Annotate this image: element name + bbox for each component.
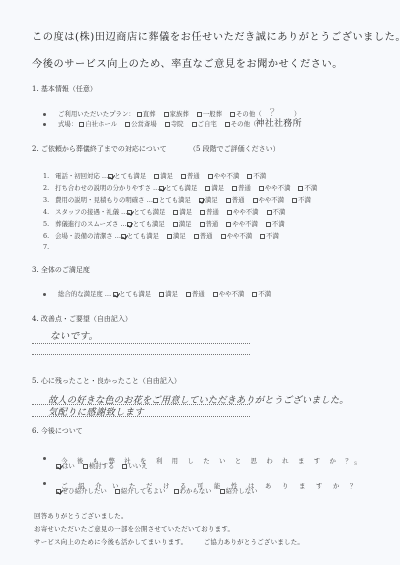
thanks-line: この度は(株)田辺商店に葬儀をお任せいただき誠にありがとうございました。 (32, 28, 400, 43)
rating-option[interactable]: 満足 (199, 196, 218, 204)
bullet-icon (43, 123, 46, 126)
checkbox-icon[interactable] (259, 186, 264, 191)
rating-option[interactable]: とても満足 (108, 172, 146, 180)
overall-option[interactable]: 不満 (252, 290, 271, 298)
answer-line (32, 404, 250, 405)
rating-row-number: 4. (43, 208, 49, 216)
checkbox-icon[interactable] (292, 198, 297, 203)
checkbox-icon[interactable] (125, 122, 130, 127)
checkbox-icon[interactable] (213, 292, 218, 297)
rating-row: 1.電話・初回対応 …とても満足満足普通やや不満不満 (43, 171, 274, 180)
checkbox-checked-icon[interactable] (127, 222, 132, 227)
section1-title: 1. 基本情報（任意） (32, 84, 97, 94)
survey-sheet: この度は(株)田辺商店に葬儀をお任せいただき誠にありがとうございました。 今後の… (0, 0, 400, 565)
rating-row: 7. (43, 243, 55, 251)
overall-label: 総合的な満足度 … (58, 290, 111, 298)
rating-option[interactable]: やや不満 (259, 184, 291, 192)
checkbox-icon[interactable] (200, 210, 205, 215)
q1-option-consider[interactable]: 検討する (83, 462, 115, 470)
rating-option[interactable]: やや不満 (208, 172, 240, 180)
checkbox-icon[interactable] (181, 174, 186, 179)
rating-option[interactable]: やや不満 (226, 220, 258, 228)
checkbox-icon[interactable] (225, 122, 230, 127)
q2-option-definitely[interactable]: ぜひ紹介したい (56, 487, 107, 495)
checkbox-icon[interactable] (173, 210, 178, 215)
section5-title: 5. 心に残ったこと・良かったこと（自由記入） (32, 376, 181, 386)
rating-option[interactable]: とても満足 (121, 232, 159, 240)
overall-option[interactable]: とても満足 (113, 290, 151, 298)
checkbox-icon[interactable] (192, 122, 197, 127)
checkbox-icon[interactable] (154, 174, 159, 179)
rating-row-label: 会場・設備の清潔さ … (55, 232, 121, 240)
rating-option[interactable]: やや不満 (227, 208, 259, 216)
rating-row: 6.会場・設備の清潔さ …とても満足満足普通やや不満不満 (43, 231, 287, 240)
checkbox-icon[interactable] (165, 122, 170, 127)
checkbox-icon[interactable] (159, 292, 164, 297)
section2-note: （5 段階でご評価ください） (189, 145, 280, 153)
rating-option[interactable]: とても満足 (159, 184, 197, 192)
overall-option[interactable]: 満足 (159, 290, 178, 298)
checkbox-icon[interactable] (200, 222, 205, 227)
rating-row: 2.打ち合わせの説明の分かりやすさ …とても満足満足普通やや不満不満 (43, 183, 325, 192)
rating-row-number: 3. (43, 196, 49, 204)
rating-option[interactable]: 不満 (292, 196, 311, 204)
answer-line (32, 354, 250, 355)
answer-line (32, 416, 250, 417)
margin-mark: s (354, 460, 357, 467)
overall-option[interactable]: やや不満 (213, 290, 245, 298)
checkbox-checked-icon[interactable] (121, 234, 126, 239)
rating-option[interactable]: 不満 (266, 220, 285, 228)
rating-option[interactable]: 普通 (181, 172, 200, 180)
rating-row: 4.スタッフの接遇・礼儀 …とても満足満足普通やや不満不満 (43, 207, 293, 216)
checkbox-icon[interactable] (173, 222, 178, 227)
venue-option-other[interactable]: その他（ (225, 120, 257, 128)
rating-option[interactable]: 普通 (200, 220, 219, 228)
rating-row: 5.葬儀進行のスムーズさ …とても満足満足普通やや不満不満 (43, 219, 293, 228)
checkbox-checked-icon[interactable] (56, 489, 61, 494)
rating-option[interactable]: 不満 (267, 208, 286, 216)
checkbox-checked-icon[interactable] (199, 198, 204, 203)
section3-title: 3. 全体のご満足度 (32, 265, 90, 275)
q2-options: ぜひ紹介したい 紹介してもよい わからない 紹介しない (56, 486, 264, 495)
checkbox-icon[interactable] (83, 464, 88, 469)
bullet-icon (43, 457, 46, 460)
checkbox-icon[interactable] (226, 198, 231, 203)
rating-option[interactable]: 満足 (154, 172, 173, 180)
checkbox-icon[interactable] (220, 489, 225, 494)
venue-option-hall[interactable]: 自社ホール (79, 120, 117, 128)
checkbox-icon[interactable] (266, 222, 271, 227)
overall-options: とても満足満足普通やや不満不満 (113, 290, 279, 298)
footer-thanks: 回答ありがとうございました。 (34, 511, 128, 520)
q2-option-unsure[interactable]: わからない (174, 487, 212, 495)
checkbox-checked-icon[interactable] (113, 292, 118, 297)
q1-option-no[interactable]: いいえ (122, 462, 147, 470)
rating-option[interactable]: 満足 (167, 232, 186, 240)
rating-row-label: 打ち合わせの説明の分かりやすさ … (55, 184, 159, 192)
rating-row-label: スタッフの接遇・礼儀 … (55, 208, 127, 216)
rating-option[interactable]: 普通 (232, 184, 251, 192)
footer-improvement-note: サービス向上のために今後も活かしてまいります。 ご協力ありがとうございました。 (34, 537, 304, 546)
venue-label: 式場： (58, 120, 77, 128)
checkbox-icon[interactable] (79, 122, 84, 127)
venue-other-input[interactable]: 神社社務所 (255, 119, 302, 129)
rating-option[interactable]: 満足 (173, 208, 192, 216)
checkbox-icon[interactable] (227, 210, 232, 215)
overall-satisfaction-row: 総合的な満足度 … とても満足満足普通やや不満不満 (43, 289, 279, 298)
venue-option-temple[interactable]: 寺院 (165, 120, 184, 128)
rating-option[interactable]: 不満 (260, 232, 279, 240)
rating-option[interactable]: とても満足 (127, 208, 165, 216)
checkbox-checked-icon[interactable] (56, 464, 61, 469)
q2-option-maybe[interactable]: 紹介してもよい (115, 487, 166, 495)
checkbox-checked-icon[interactable] (159, 186, 164, 191)
section6-title: 6. 今後について (32, 426, 83, 436)
checkbox-icon[interactable] (232, 186, 237, 191)
rating-row-number: 7. (43, 243, 49, 251)
rating-option[interactable]: 不満 (247, 172, 266, 180)
checkbox-icon[interactable] (167, 234, 172, 239)
footer-publish-note: お寄せいただいたご意見の一部を公開させていただいております。 (34, 524, 234, 533)
q1-option-yes[interactable]: はい (56, 462, 75, 470)
checkbox-icon[interactable] (153, 198, 158, 203)
overall-option[interactable]: 普通 (186, 290, 205, 298)
checkbox-icon[interactable] (221, 234, 226, 239)
rating-option[interactable]: 普通 (194, 232, 213, 240)
checkbox-icon[interactable] (298, 186, 303, 191)
improvement-answer[interactable]: ないです。 (50, 328, 98, 342)
rating-option[interactable]: とても満足 (127, 220, 165, 228)
venue-row: 式場： 自社ホール 公営斎場 寺院 ご自宅 その他（ 神社社務所 (43, 116, 302, 129)
checkbox-icon[interactable] (122, 464, 127, 469)
rating-option[interactable]: 満足 (173, 220, 192, 228)
checkbox-icon[interactable] (252, 292, 257, 297)
section2-title: 2. ご依頼から葬儀終了までの対応について （5 段階でご評価ください） (32, 144, 280, 154)
checkbox-checked-icon[interactable] (127, 210, 132, 215)
checkbox-icon[interactable] (247, 174, 252, 179)
checkbox-icon[interactable] (226, 222, 231, 227)
request-line: 今後のサービス向上のため、率直なご意見をお聞かせください。 (32, 55, 343, 70)
checkbox-icon[interactable] (115, 489, 120, 494)
rating-row-number: 5. (43, 220, 49, 228)
answer-line (32, 343, 250, 344)
checkbox-icon[interactable] (208, 174, 213, 179)
bullet-icon (43, 482, 46, 485)
rating-option[interactable]: 満足 (205, 184, 224, 192)
q1-options: はい 検討する いいえ (56, 461, 154, 470)
rating-row-number: 1. (43, 172, 49, 180)
rating-option[interactable]: 不満 (298, 184, 317, 192)
rating-row: 3.費用の説明・見積もりの明確さ …とても満足満足普通やや不満不満 (43, 195, 319, 204)
rating-option[interactable]: とても満足 (153, 196, 191, 204)
checkbox-icon[interactable] (267, 210, 272, 215)
rating-row-label: 葬儀進行のスムーズさ … (55, 220, 127, 228)
rating-option[interactable]: 普通 (226, 196, 245, 204)
bullet-icon (43, 293, 46, 296)
q2-option-no[interactable]: 紹介しない (220, 487, 258, 495)
checkbox-icon[interactable] (260, 234, 265, 239)
section4-title: 4. 改善点・ご要望（自由記入） (32, 314, 132, 324)
checkbox-icon[interactable] (253, 198, 258, 203)
rating-option[interactable]: 普通 (200, 208, 219, 216)
checkbox-icon[interactable] (194, 234, 199, 239)
checkbox-checked-icon[interactable] (108, 174, 113, 179)
rating-row-number: 6. (43, 232, 49, 240)
rating-row-number: 2. (43, 184, 49, 192)
rating-row-label: 費用の説明・見積もりの明確さ … (55, 196, 153, 204)
rating-row-label: 電話・初回対応 … (55, 172, 108, 180)
checkbox-icon[interactable] (174, 489, 179, 494)
checkbox-icon[interactable] (186, 292, 191, 297)
rating-option[interactable]: やや不満 (253, 196, 285, 204)
venue-option-home[interactable]: ご自宅 (192, 120, 217, 128)
checkbox-icon[interactable] (205, 186, 210, 191)
venue-option-public[interactable]: 公営斎場 (125, 120, 157, 128)
rating-option[interactable]: やや不満 (221, 232, 253, 240)
